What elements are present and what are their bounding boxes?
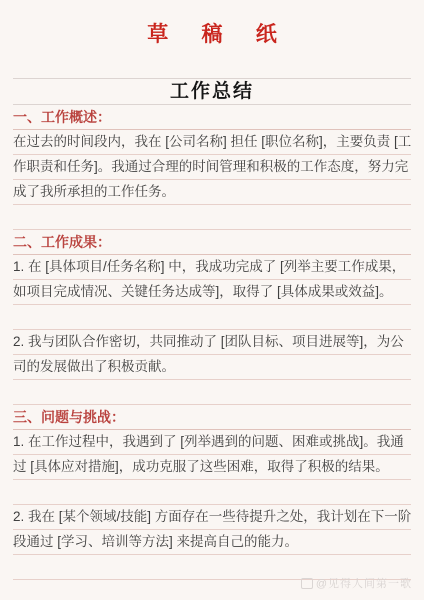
- section-3-line: 1. 在工作过程中，我遇到了 [列举遇到的问题、困难或挑战]。我通: [13, 430, 411, 455]
- section-1-heading: 一、工作概述：: [13, 105, 411, 130]
- app-logo-icon: [301, 578, 313, 589]
- ruled-paper: 工作总结 一、工作概述： 在过去的时间段内，我在 [公司名称] 担任 [职位名称…: [13, 78, 411, 580]
- section-3-line: 段通过 [学习、培训等方法] 来提高自己的能力。: [13, 530, 411, 555]
- draft-paper-label: 草 稿 纸: [0, 18, 424, 48]
- section-1-line: 成了我所承担的工作任务。: [13, 180, 411, 205]
- page-title: 工作总结: [13, 79, 411, 105]
- section-3-line: 过 [具体应对措施]，成功克服了这些困难，取得了积极的结果。: [13, 455, 411, 480]
- watermark-text: @见得人间第一歌: [316, 575, 412, 591]
- section-1-line: 作职责和任务]。我通过合理的时间管理和积极的工作态度，努力完: [13, 155, 411, 180]
- watermark: @见得人间第一歌: [301, 575, 412, 591]
- section-2-line: 如项目完成情况、关键任务达成等]，取得了 [具体成果或效益]。: [13, 280, 411, 305]
- blank-ruled-line: [13, 305, 411, 330]
- blank-ruled-line: [13, 480, 411, 505]
- section-3-line: 2. 我在 [某个领域/技能] 方面存在一些待提升之处，我计划在下一阶: [13, 505, 411, 530]
- section-2-line: 1. 在 [具体项目/任务名称] 中，我成功完成了 [列举主要工作成果，: [13, 255, 411, 280]
- section-2-line: 2. 我与团队合作密切，共同推动了 [团队目标、项目进展等]，为公: [13, 330, 411, 355]
- section-1-line: 在过去的时间段内，我在 [公司名称] 担任 [职位名称]，主要负责 [工: [13, 130, 411, 155]
- section-2-line: 司的发展做出了积极贡献。: [13, 355, 411, 380]
- blank-ruled-line: [13, 205, 411, 230]
- blank-ruled-line: [13, 380, 411, 405]
- section-3-heading: 三、问题与挑战：: [13, 405, 411, 430]
- section-2-heading: 二、工作成果：: [13, 230, 411, 255]
